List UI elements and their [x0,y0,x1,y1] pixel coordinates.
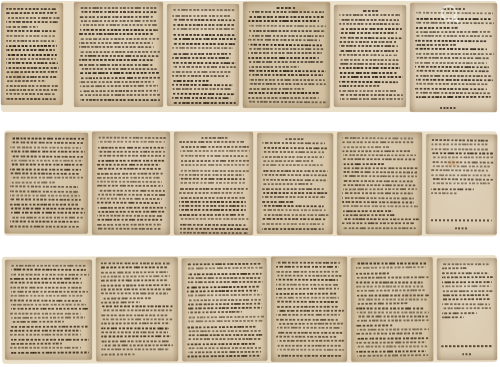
script-line [80,24,157,26]
script-line [11,338,89,340]
script-line [180,188,248,190]
script-line [188,355,261,358]
script-line [343,188,417,190]
script-line [188,320,263,323]
script-line [98,141,165,143]
script-line [442,316,464,318]
script-line [10,190,78,193]
script-line [180,218,249,220]
script-line [357,354,428,357]
script-line [10,194,80,196]
script-line [10,282,82,284]
manuscript-strip-3 [2,255,497,364]
script-line [342,163,384,165]
script-line [263,160,314,162]
script-line [11,351,89,353]
script-line [188,277,262,279]
script-line [11,164,83,166]
script-line [356,289,425,292]
script-line [356,266,426,269]
script-line [248,39,320,42]
script-line [11,316,85,318]
script-line [339,67,400,69]
zoom-magnifier-icon[interactable] [441,5,463,27]
script-lines [5,8,59,101]
script-line [277,275,343,277]
script-line [97,223,161,225]
script-line [188,302,262,305]
script-line [262,151,324,153]
script-line [6,58,56,60]
script-line [101,349,169,351]
script-line [101,301,140,303]
script-line [80,98,160,100]
script-line [97,185,163,187]
script-line [263,183,313,185]
script-line [80,90,158,92]
script-line [339,50,398,52]
auction-lot-photo [0,0,500,367]
script-line [102,310,172,312]
script-line [172,53,231,55]
script-line [173,62,236,64]
script-line [276,301,338,303]
script-line [188,294,262,297]
script-line [356,262,426,264]
script-line [173,38,236,40]
script-line [97,228,161,230]
script-line [6,80,45,82]
script-line [188,351,261,354]
script-line [276,297,339,299]
script-line [187,263,260,266]
script-line [277,310,344,312]
manuscript-panel [243,2,330,108]
script-line [276,288,339,290]
script-line [11,212,85,214]
script-line [10,278,81,280]
script-line [102,318,173,320]
script-line [343,184,416,186]
script-line [173,34,235,36]
script-line [98,206,166,208]
script-line [97,181,162,183]
script-line [263,179,328,182]
script-line [179,174,244,176]
script-line [356,272,390,274]
script-line [6,45,57,47]
script-line [357,328,429,330]
script-line [431,165,490,167]
script-line [172,75,230,77]
script-line [6,30,56,32]
script-line [431,148,489,150]
script-line [6,67,59,69]
script-line [263,174,328,176]
script-line [416,92,491,95]
script-line [442,290,492,292]
script-line [415,70,489,73]
script-line [179,182,245,184]
script-line [343,210,393,212]
script-line [343,214,395,216]
script-line [262,155,324,157]
script-line [101,262,171,264]
script-line [80,20,157,22]
script-line [172,97,231,99]
script-line [249,11,324,13]
script-line [188,298,261,300]
script-line [101,340,169,342]
script-line [101,288,171,290]
script-lines [96,137,166,231]
script-line [416,31,491,33]
script-line [188,267,263,270]
script-line [80,77,160,79]
script-line [442,299,490,301]
script-line [416,35,492,37]
script-line [248,92,320,94]
script-line [6,76,58,78]
script-lines [441,263,493,356]
script-line [442,285,491,287]
script-line [10,172,79,174]
script-line [179,178,245,180]
script-line [431,188,474,190]
script-line [339,59,399,61]
script-line [180,164,249,166]
script-lines [100,262,174,357]
script-line [80,72,159,74]
manuscript-panel [1,3,63,105]
script-line [415,44,456,46]
script-lines [9,265,88,356]
scribe-mark [455,227,468,229]
script-line [10,299,81,301]
script-line [342,137,413,140]
script-line [101,267,168,269]
script-line [262,188,325,190]
script-line [339,19,399,21]
script-line [441,272,488,274]
script-line [357,298,427,300]
manuscript-panel [174,132,253,235]
script-line [79,46,154,48]
script-line [97,177,161,179]
script-line [362,10,379,12]
script-line [343,146,390,148]
script-line [11,138,84,140]
script-line [357,311,429,313]
script-line [343,227,416,229]
script-line [431,183,490,185]
script-line [5,93,54,95]
script-line [249,66,299,68]
script-line [98,211,166,213]
script-line [262,209,326,211]
script-line [172,71,232,73]
script-line [10,330,81,332]
script-line [340,94,403,96]
script-line [415,61,487,63]
script-line [6,8,56,10]
script-line [80,7,157,9]
script-lines [78,7,159,103]
script-line [97,168,161,170]
script-line [339,90,398,92]
script-line [442,268,468,270]
manuscript-panel [271,257,347,362]
script-line [10,181,55,183]
script-line [102,344,173,346]
script-line [11,265,86,267]
script-line [356,307,424,309]
script-line [102,305,174,307]
script-line [432,157,493,159]
script-line [342,141,414,143]
script-line [248,57,319,59]
script-line [416,74,492,76]
script-line [179,141,244,143]
script-line [187,342,256,345]
script-line [97,219,163,221]
script-line [442,307,491,309]
script-line [79,64,153,66]
script-line [339,41,397,43]
script-line [11,216,83,218]
script-line [6,26,38,28]
script-line [276,270,338,272]
script-line [277,332,343,334]
script-line [357,277,430,280]
script-line [248,43,322,46]
script-line [431,144,489,146]
script-line [262,222,325,224]
script-line [6,89,59,91]
script-line [276,292,337,294]
script-line [356,285,424,287]
script-line [80,85,158,87]
script-line [180,160,250,162]
manuscript-panel [334,5,406,107]
script-line [187,285,260,288]
script-line [6,12,57,14]
manuscript-panel [182,258,268,362]
script-line [101,331,168,333]
script-line [11,304,86,306]
script-line [188,338,261,340]
script-line [172,47,233,49]
script-lines [338,10,402,103]
script-line [7,17,60,19]
script-line [442,276,493,278]
script-line [340,23,401,25]
script-line [11,177,83,179]
script-line [80,29,158,31]
script-line [10,225,79,227]
script-line [179,223,246,225]
script-line [442,294,489,296]
script-line [248,52,322,54]
script-line [79,16,153,18]
script-line [180,150,250,152]
script-line [80,11,157,13]
script-line [11,269,86,271]
script-line [342,150,411,152]
script-lines [341,137,418,231]
script-line [200,137,228,139]
script-line [431,192,457,194]
script-line [249,24,326,27]
script-line [173,9,235,11]
script-line [6,98,56,100]
script-lines [178,137,249,231]
script-line [262,164,323,166]
manuscript-panel [92,132,170,235]
script-line [263,170,328,172]
script-line [357,302,408,305]
script-line [339,45,398,47]
script-line [357,350,427,352]
script-line [357,316,428,318]
script-line [180,228,250,230]
script-line [357,341,427,343]
script-line [173,24,235,26]
script-line [262,201,294,203]
script-line [101,271,168,274]
manuscript-panel [96,257,178,361]
script-line [6,40,56,42]
script-line [79,59,155,61]
script-line [343,171,418,174]
script-line [80,68,157,70]
script-line [442,281,492,283]
script-line [102,336,172,338]
script-line [11,321,64,323]
script-line [249,30,325,32]
script-line [179,192,243,194]
script-line [6,85,59,87]
script-line [11,142,83,145]
script-line [11,155,83,158]
script-line [249,35,324,37]
script-line [339,72,397,74]
script-line [187,290,258,293]
manuscript-panel [5,260,92,360]
script-line [356,324,393,326]
script-line [249,48,324,50]
script-line [172,88,232,90]
script-line [188,307,262,310]
script-line [263,214,329,216]
manuscript-strip-2 [4,131,497,237]
script-line [11,168,82,170]
script-line [187,273,261,276]
script-line [11,291,88,293]
script-line [277,349,344,351]
script-line [188,334,263,336]
script-line [11,325,89,327]
script-line [339,85,381,87]
script-line [98,137,167,139]
script-line [356,333,423,335]
script-line [101,323,170,325]
script-line [442,312,477,314]
script-line [173,28,235,30]
script-lines [247,7,326,104]
script-line [342,197,414,199]
script-line [98,147,166,149]
manuscript-panel [5,133,88,234]
script-line [11,342,62,344]
script-line [343,175,417,177]
script-line [11,159,83,161]
manuscript-strip-1 [1,1,497,112]
script-line [248,96,319,98]
script-line [101,275,170,278]
script-line [10,203,79,205]
script-line [10,295,83,297]
script-line [343,154,416,156]
script-line [172,79,209,81]
script-line [263,147,328,149]
script-line [339,54,397,56]
manuscript-panel [167,4,239,106]
script-line [276,262,340,264]
script-line [343,218,419,220]
script-lines [430,139,494,230]
script-line [415,87,487,89]
colophon-line [431,219,492,222]
script-line [357,294,429,296]
script-line [10,347,81,349]
script-line [277,355,342,357]
script-lines [261,138,329,230]
script-line [276,318,339,320]
script-line [172,84,233,86]
script-line [80,37,159,39]
script-line [6,54,57,56]
script-lines [9,138,84,230]
script-line [442,303,490,305]
script-line [180,169,250,171]
script-line [342,193,413,195]
script-line [179,209,246,211]
script-line [98,189,165,191]
script-line [188,330,261,332]
script-line [249,79,325,81]
script-line [180,155,248,157]
script-line [98,155,165,157]
script-line [415,66,489,69]
script-line [98,193,167,195]
script-line [10,286,83,288]
script-line [357,337,429,339]
script-line [80,55,159,57]
script-line [10,199,81,201]
script-line [342,201,414,203]
script-line [416,79,493,81]
script-line [442,263,489,265]
script-line [80,51,160,53]
manuscript-panel [437,258,497,360]
script-line [342,180,413,182]
script-line [276,314,340,316]
script-line [102,297,151,299]
script-line [276,266,339,268]
script-line [172,57,231,59]
script-line [415,96,490,98]
